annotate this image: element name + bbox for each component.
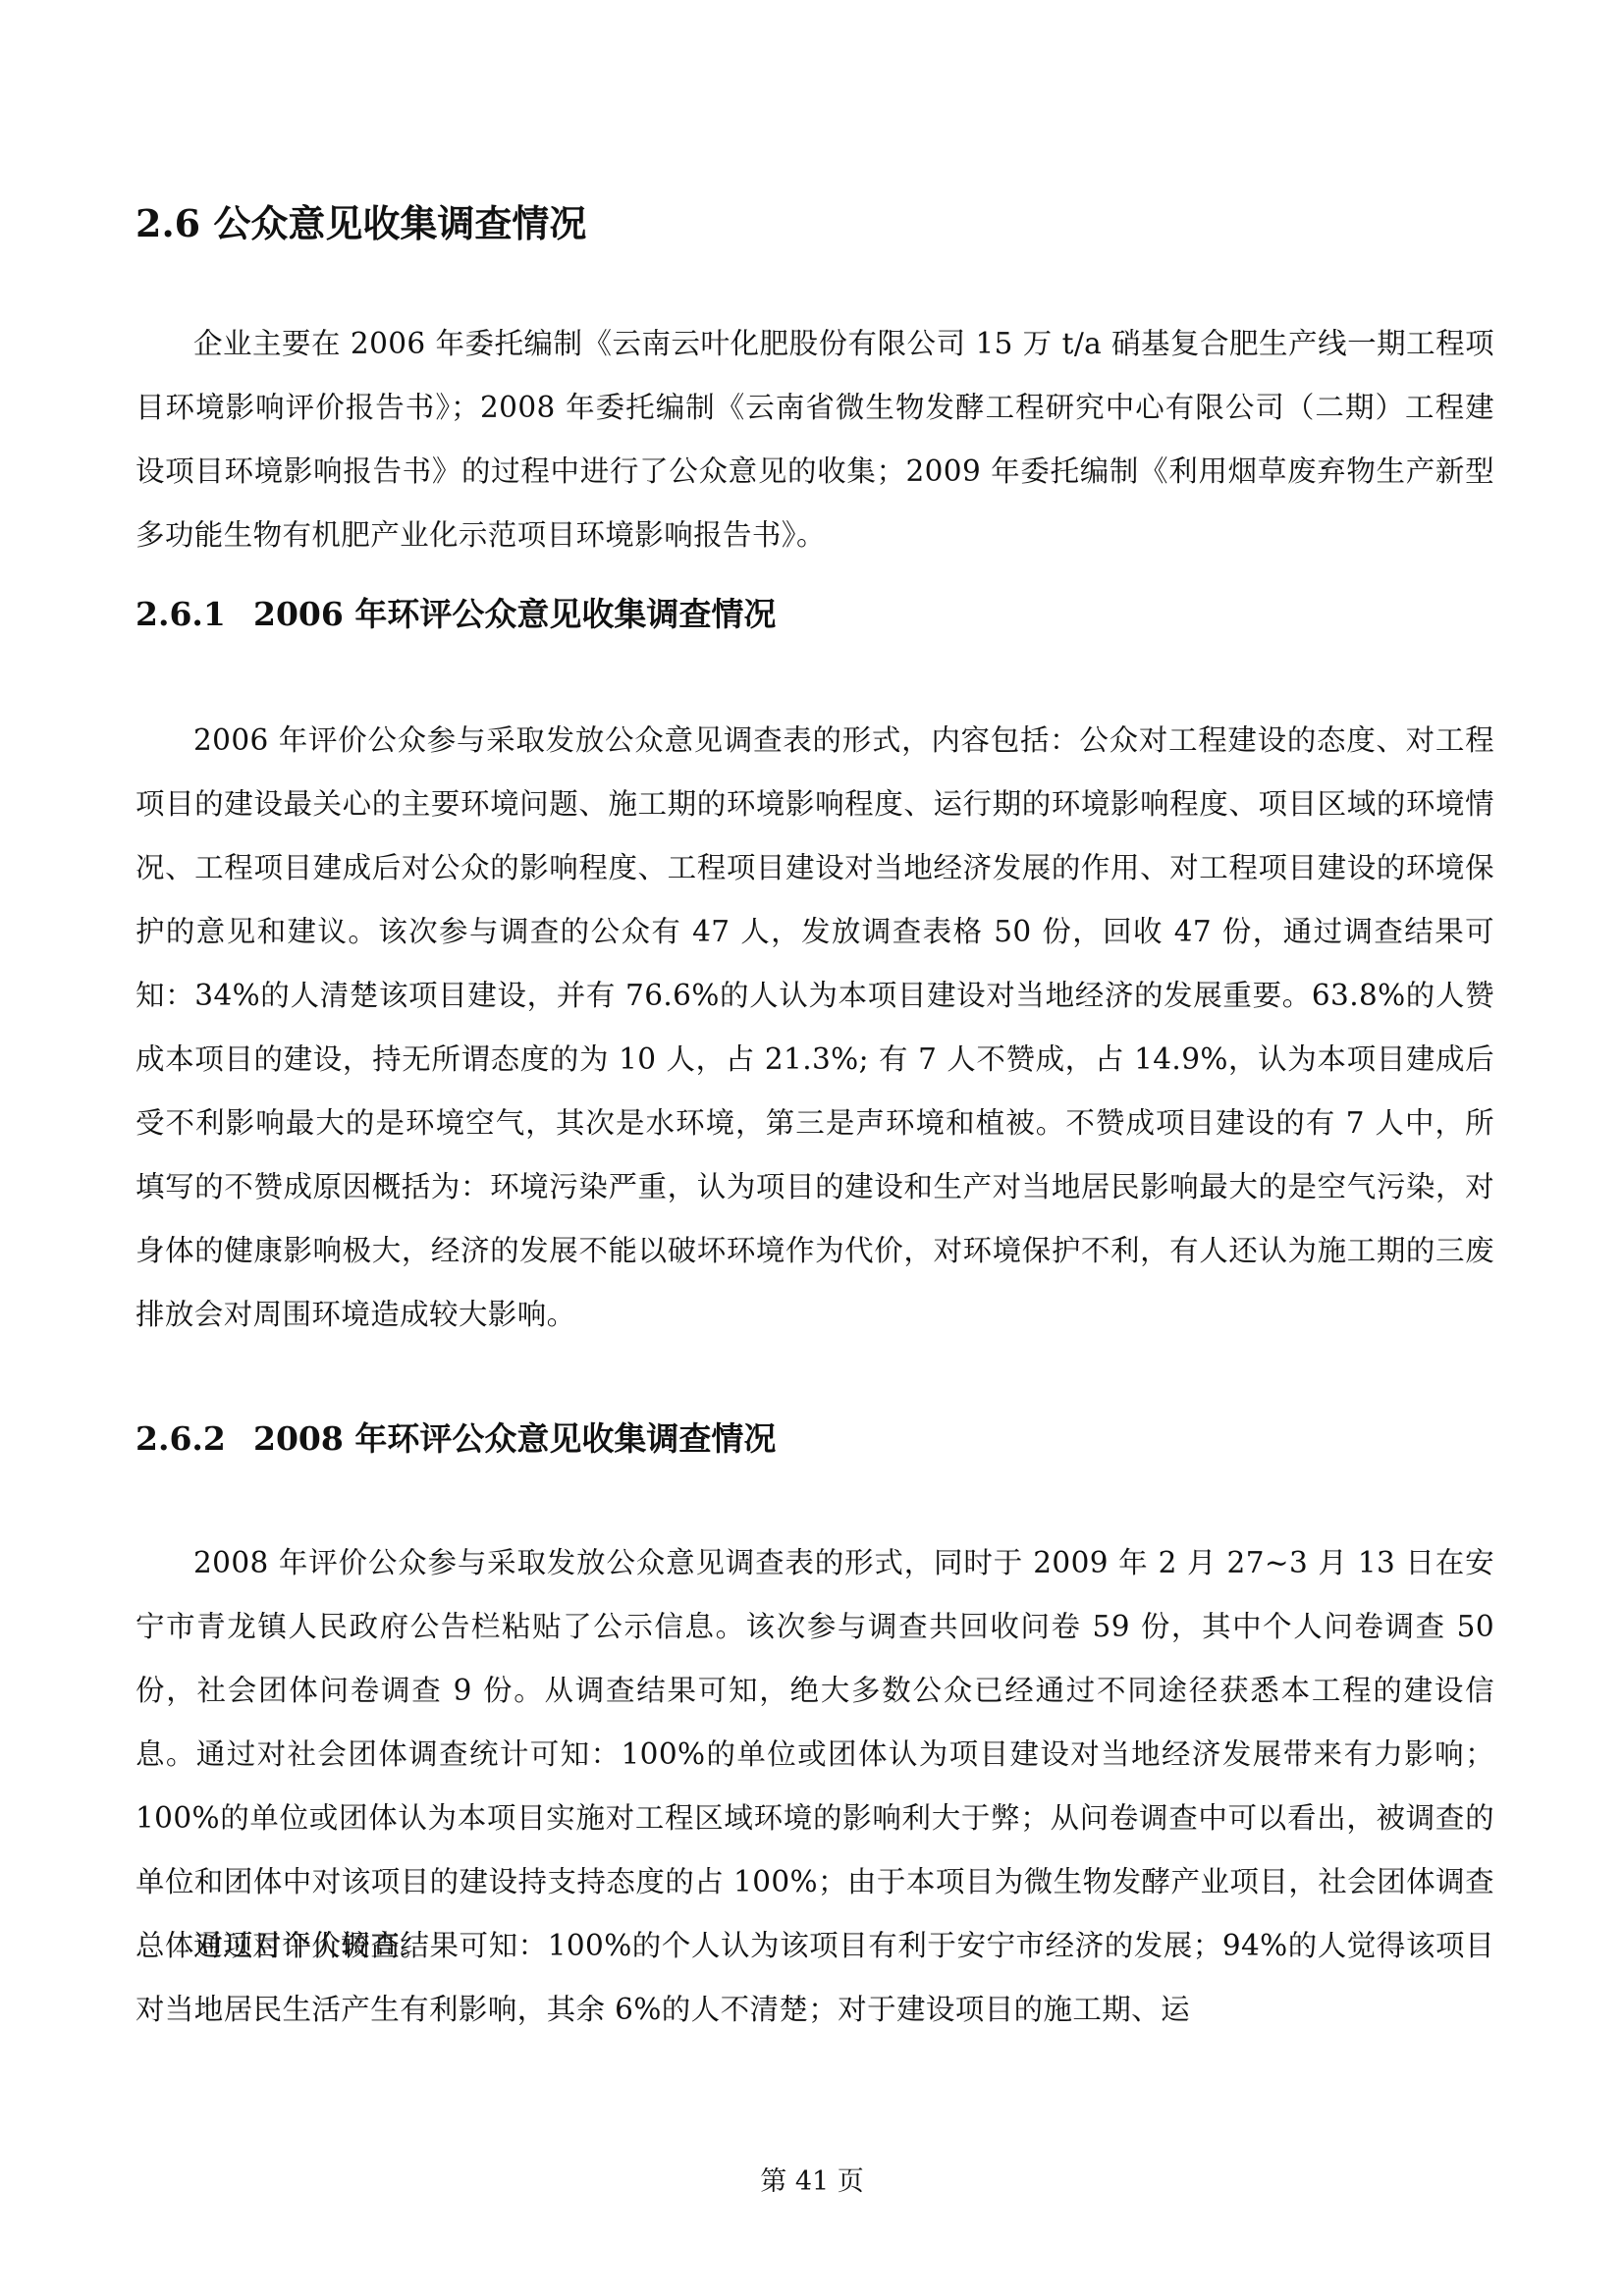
subsection-number: 2.6.1	[135, 593, 253, 636]
subsection-heading-2-6-1: 2.6.12006 年环评公众意见收集调查情况	[135, 593, 776, 636]
paragraph-2006-survey: 2006 年评价公众参与采取发放公众意见调查表的形式，内容包括：公众对工程建设的…	[135, 709, 1494, 1347]
paragraph-individual-survey: 通过对个人调查结果可知：100%的个人认为该项目有利于安宁市经济的发展；94%的…	[135, 1914, 1494, 2042]
subsection-number: 2.6.2	[135, 1417, 253, 1461]
subsection-title: 2008 年环评公众意见收集调查情况	[253, 1419, 776, 1458]
section-title: 2.6 公众意见收集调查情况	[135, 200, 586, 247]
page-number: 第 41 页	[0, 2160, 1624, 2198]
paragraph-2008-survey: 2008 年评价公众参与采取发放公众意见调查表的形式，同时于 2009 年 2 …	[135, 1531, 1494, 1978]
subsection-heading-2-6-2: 2.6.22008 年环评公众意见收集调查情况	[135, 1417, 776, 1461]
subsection-title: 2006 年环评公众意见收集调查情况	[253, 595, 776, 633]
intro-paragraph: 企业主要在 2006 年委托编制《云南云叶化肥股份有限公司 15 万 t/a 硝…	[135, 312, 1494, 567]
